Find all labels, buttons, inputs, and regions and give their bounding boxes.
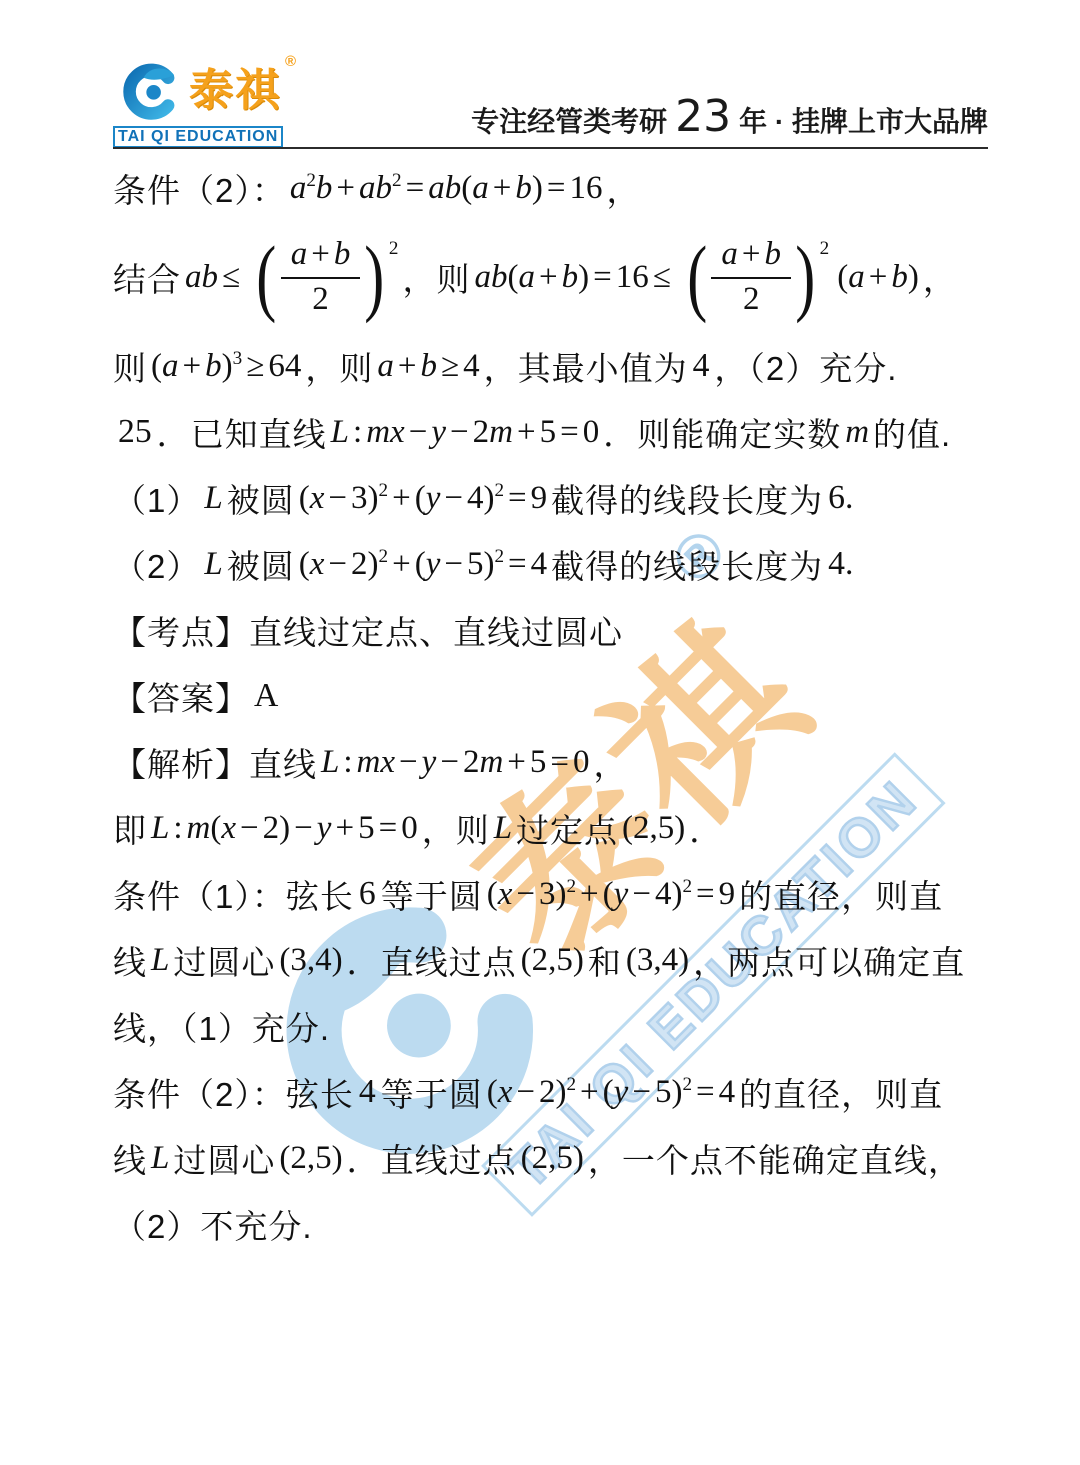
taiqi-swirl-icon xyxy=(113,58,185,124)
text-segment: ，两点可以确定直 xyxy=(693,937,965,984)
content-line: 则(a+b)3≥64，则a+b≥4，其最小值为4，（2）充分. xyxy=(113,333,995,399)
math-segment: (2,5) xyxy=(279,1140,342,1177)
content-line: 条件（2）：a2b+ab2=ab(a+b)=16， xyxy=(113,155,995,221)
text-segment: 则 xyxy=(113,343,147,390)
fraction: (a+b2)2 xyxy=(683,236,829,319)
text-segment: 【解析】直线 xyxy=(113,739,317,786)
logo-english-text: TAI QI EDUCATION xyxy=(113,126,283,148)
text-segment: ， xyxy=(923,254,957,301)
denominator: 2 xyxy=(743,279,760,319)
fraction-stack: a+b2 xyxy=(281,236,361,319)
text-segment: 等于圆 xyxy=(381,1069,483,1116)
content-line: 结合ab≤(a+b2)2，则ab(a+b)=16≤(a+b2)2(a+b)， xyxy=(113,221,995,333)
math-segment: L xyxy=(204,546,222,583)
math-segment: (x−3)2+(y−4)2=9 xyxy=(299,480,547,517)
text-segment: ， xyxy=(606,165,640,212)
math-segment: (2,5) xyxy=(622,810,685,847)
exponent: 2 xyxy=(389,238,399,260)
math-segment: a+b≥4 xyxy=(377,348,479,385)
content-line: （1）L被圆(x−3)2+(y−4)2=9截得的线段长度为6. xyxy=(113,465,995,531)
content-line: 25．已知直线L:mx−y−2m+5=0．则能确定实数m的值. xyxy=(113,399,995,465)
math-segment: (a+b)3≥64 xyxy=(151,348,301,385)
text-segment: （2） xyxy=(113,541,200,588)
math-segment: a2b+ab2=ab(a+b)=16 xyxy=(290,170,603,207)
text-segment: 条件（2）： xyxy=(113,165,286,212)
math-segment: (x−2)2+(y−5)2=4 xyxy=(487,1074,735,1111)
roman-segment: 4 xyxy=(693,347,710,385)
text-segment: 线，（1）充分. xyxy=(113,1003,330,1050)
text-segment: ，则 xyxy=(402,254,470,301)
document-page: 泰祺 ® TAI QI EDUCATION 泰祺 ® xyxy=(0,0,1080,1465)
numerator: a+b xyxy=(281,236,361,279)
logo-registered-mark-icon: ® xyxy=(285,54,296,69)
text-segment: ． xyxy=(689,805,723,852)
open-paren: ( xyxy=(256,241,276,314)
text-segment: ．则能确定实数 xyxy=(603,409,841,456)
roman-segment: A xyxy=(254,677,278,715)
numerator: a+b xyxy=(711,236,791,279)
math-segment: L xyxy=(151,942,169,979)
text-segment: 结合 xyxy=(113,254,181,301)
content-line: 线L过圆心(3,4)．直线过点(2,5)和(3,4)，两点可以确定直 xyxy=(113,927,995,993)
math-segment: m xyxy=(845,414,869,451)
close-paren: ) xyxy=(365,241,385,314)
math-segment: (3,4) xyxy=(626,942,689,979)
tagline-suffix: 年 · 挂牌上市大品牌 xyxy=(739,100,988,140)
text-segment: 线 xyxy=(113,937,147,984)
math-segment: L xyxy=(151,1140,169,1177)
text-segment: 过圆心 xyxy=(173,937,275,984)
text-segment: 线 xyxy=(113,1135,147,1182)
math-segment: L:mx−y−2m+5=0 xyxy=(331,414,600,451)
text-segment: （1） xyxy=(113,475,200,522)
header-divider xyxy=(113,147,988,149)
content-line: 条件（1）：弦长6等于圆(x−3)2+(y−4)2=9的直径，则直 xyxy=(113,861,995,927)
math-segment: L xyxy=(204,480,222,517)
text-segment: 即 xyxy=(113,805,147,852)
text-segment: 截得的线段长度为 xyxy=(551,541,823,588)
text-segment: ，一个点不能确定直线， xyxy=(588,1135,962,1182)
content-line: 【解析】直线L:mx−y−2m+5=0， xyxy=(113,729,995,795)
math-segment: (2,5) xyxy=(521,1140,584,1177)
tagline-years-number: 23 xyxy=(675,91,731,142)
text-segment: 【答案】 xyxy=(113,673,249,720)
math-segment: (a+b) xyxy=(837,259,919,296)
text-segment: ，（2）充分. xyxy=(714,343,897,390)
exponent: 2 xyxy=(820,238,830,260)
text-segment: ．直线过点 xyxy=(347,937,517,984)
text-segment: （2）不充分. xyxy=(113,1201,313,1248)
header-tagline: 专注经管类考研 23 年 · 挂牌上市大品牌 xyxy=(471,91,988,148)
roman-segment: 6. xyxy=(828,479,853,517)
text-segment: 条件（2）：弦长 xyxy=(113,1069,354,1116)
math-segment: (3,4) xyxy=(279,942,342,979)
text-segment: 等于圆 xyxy=(381,871,483,918)
math-segment: L:mx−y−2m+5=0 xyxy=(321,744,590,781)
math-segment: ab≤ xyxy=(185,259,244,296)
content-line: （2）L被圆(x−2)2+(y−5)2=4截得的线段长度为4. xyxy=(113,531,995,597)
logo-chinese-text: 泰祺 xyxy=(189,69,281,113)
text-segment: 和 xyxy=(588,937,622,984)
content-line: 线L过圆心(2,5)．直线过点(2,5)，一个点不能确定直线， xyxy=(113,1125,995,1191)
denominator: 2 xyxy=(312,279,329,319)
roman-segment: 6 xyxy=(359,875,376,913)
text-segment: ．直线过点 xyxy=(347,1135,517,1182)
roman-segment: 25 xyxy=(118,413,152,451)
open-paren: ( xyxy=(687,241,707,314)
text-segment: 【考点】直线过定点、直线过圆心 xyxy=(113,607,623,654)
content-line: 线，（1）充分. xyxy=(113,993,995,1059)
math-segment: (x−2)2+(y−5)2=4 xyxy=(299,546,547,583)
content-line: （2）不充分. xyxy=(113,1191,995,1257)
text-segment: ，则 xyxy=(422,805,490,852)
taiqi-logo: 泰祺 ® TAI QI EDUCATION xyxy=(113,58,296,148)
text-segment: 被圆 xyxy=(227,475,295,522)
text-segment: ， xyxy=(594,739,628,786)
text-segment: ．已知直线 xyxy=(157,409,327,456)
text-segment: ，其最小值为 xyxy=(484,343,688,390)
text-segment: 的直径，则直 xyxy=(739,1069,943,1116)
math-segment: L:m(x−2)−y+5=0 xyxy=(151,810,418,847)
page-header: 泰祺 ® TAI QI EDUCATION 专注经管类考研 23 年 · 挂牌上… xyxy=(113,52,988,148)
fraction-stack: a+b2 xyxy=(711,236,791,319)
close-paren: ) xyxy=(795,241,815,314)
logo-top-row: 泰祺 ® xyxy=(113,58,296,124)
math-segment: (2,5) xyxy=(521,942,584,979)
text-segment: 过圆心 xyxy=(173,1135,275,1182)
text-segment: 截得的线段长度为 xyxy=(551,475,823,522)
content-line: 【考点】直线过定点、直线过圆心 xyxy=(113,597,995,663)
content-line: 条件（2）：弦长4等于圆(x−2)2+(y−5)2=4的直径，则直 xyxy=(113,1059,995,1125)
math-segment: L xyxy=(494,810,512,847)
text-segment: 过定点 xyxy=(516,805,618,852)
text-segment: 的值. xyxy=(873,409,951,456)
roman-segment: 4 xyxy=(359,1073,376,1111)
content-lines: 条件（2）：a2b+ab2=ab(a+b)=16，结合ab≤(a+b2)2，则a… xyxy=(113,149,995,1257)
text-segment: 条件（1）：弦长 xyxy=(113,871,354,918)
text-segment: 的直径，则直 xyxy=(739,871,943,918)
content-line: 即L:m(x−2)−y+5=0，则L过定点(2,5)． xyxy=(113,795,995,861)
math-segment: ab(a+b)=16≤ xyxy=(474,259,674,296)
math-segment: (x−3)2+(y−4)2=9 xyxy=(487,876,735,913)
tagline-prefix: 专注经管类考研 xyxy=(471,100,667,140)
roman-segment: 4. xyxy=(828,545,853,583)
content-line: 【答案】A xyxy=(113,663,995,729)
text-segment: 被圆 xyxy=(227,541,295,588)
fraction: (a+b2)2 xyxy=(252,236,398,319)
text-segment: ，则 xyxy=(305,343,373,390)
